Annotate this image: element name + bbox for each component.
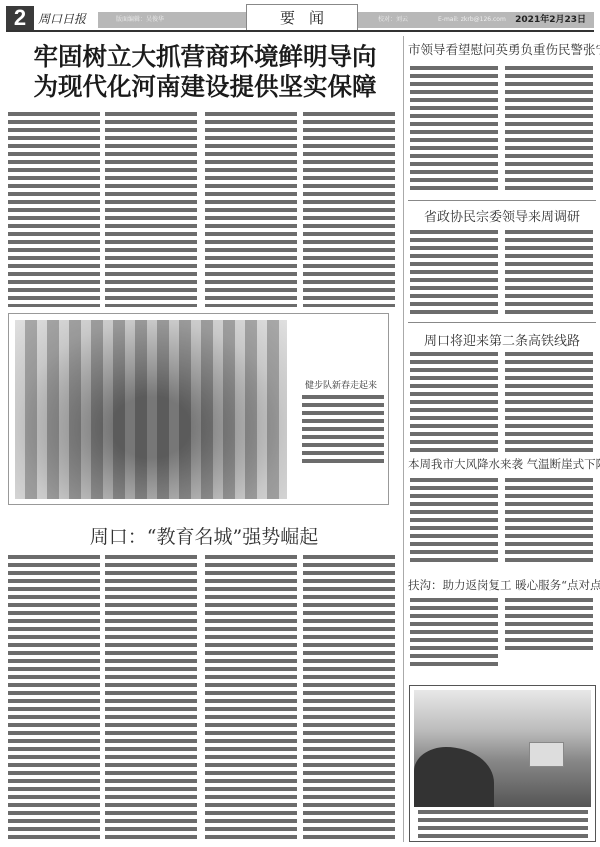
article-headline-fugou: 扶沟：助力返岗复工 暖心服务“点对点” — [408, 577, 596, 593]
article-body-cppcc-col1 — [410, 230, 498, 318]
masthead-rule — [6, 30, 594, 32]
masthead: 2 周口日报 版面编辑：吴俊华 要闻 校对：刘云 E-mail: zkrb@12… — [6, 6, 594, 30]
education-body-col2 — [105, 555, 197, 843]
street-cleaning-photo — [414, 690, 591, 807]
education-body-col1 — [8, 555, 100, 843]
editor-left: 版面编辑：吴俊华 — [116, 16, 164, 23]
article-body-police-col2 — [505, 66, 593, 194]
lead-body-col1 — [8, 112, 100, 307]
article-body-weather-col1 — [410, 478, 498, 566]
article-body-railway-col1 — [410, 352, 498, 452]
article-body-fugou-col1 — [410, 598, 498, 670]
divider — [408, 322, 596, 323]
lead-body-col2 — [105, 112, 197, 307]
article-body-railway-col2 — [505, 352, 593, 452]
email: E-mail: zkrb@126.com — [438, 12, 506, 28]
article-body-cppcc-col2 — [505, 230, 593, 318]
article-headline-cppcc: 省政协民宗委领导来周调研 — [408, 206, 596, 225]
paper-name: 周口日报 — [38, 10, 86, 27]
article-headline-police: 市领导看望慰问英勇负重伤民警张宁博 — [408, 40, 596, 58]
article-body-police-col1 — [410, 66, 498, 194]
lead-headline: 牢固树立大抓营商环境鲜明导向 为现代化河南建设提供坚实保障 — [10, 42, 400, 102]
lead-body-col3 — [205, 112, 297, 307]
editor-bar-right: 校对：刘云 E-mail: zkrb@126.com 2021年2月23日 — [358, 12, 594, 28]
education-body-col3 — [205, 555, 297, 843]
divider — [408, 200, 596, 201]
lead-headline-line1: 牢固树立大抓营商环境鲜明导向 — [10, 42, 400, 72]
article-headline-railway: 周口将迎来第二条高铁线路 — [408, 330, 596, 349]
photo-feature-caption — [302, 395, 384, 465]
page-number: 2 — [6, 6, 34, 30]
issue-date: 2021年2月23日 — [515, 12, 586, 28]
education-headline: 周口：“教育名城”强势崛起 — [8, 522, 400, 549]
street-cleaning-caption — [418, 810, 588, 838]
editor-bar-left: 版面编辑：吴俊华 — [98, 12, 246, 28]
lead-body-col4 — [303, 112, 395, 307]
lead-headline-line2: 为现代化河南建设提供坚实保障 — [10, 72, 400, 102]
photo-feature-title: 健步队新春走起来 — [305, 378, 377, 391]
education-body-col4 — [303, 555, 395, 843]
article-body-weather-col2 — [505, 478, 593, 566]
column-separator — [403, 36, 404, 842]
walking-team-photo — [15, 320, 287, 499]
section-label: 要闻 — [246, 4, 358, 30]
article-body-fugou-col2 — [505, 598, 593, 654]
editor-right: 校对：刘云 — [378, 12, 408, 28]
article-headline-weather: 本周我市大风降水来袭 气温断崖式下降 — [408, 456, 596, 472]
